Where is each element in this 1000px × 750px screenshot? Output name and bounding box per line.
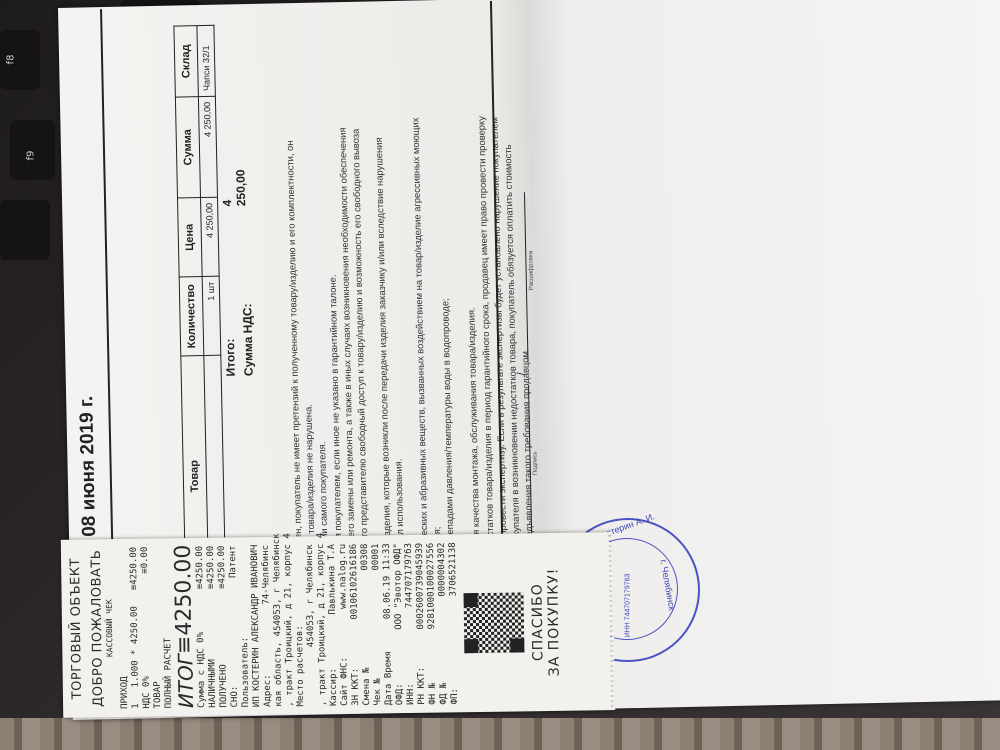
col-qty: Количество — [179, 277, 204, 356]
keyboard-key: f8 — [0, 30, 40, 90]
items-table: Товар Количество Цена Сумма Склад 1 шт 4… — [173, 25, 226, 598]
receipt-thanks-2: ЗА ПОКУПКУ! — [545, 533, 563, 711]
decoding-caption: Расшифровка — [528, 251, 535, 290]
stamp-inn: ИНН 744707179763 — [624, 574, 631, 638]
receipt-header-1: ТОРГОВЫЙ ОБЪЕКТ — [69, 540, 84, 718]
cash-receipt: ТОРГОВЫЙ ОБЪЕКТ ДОБРО ПОЖАЛОВАТЬ КАССОВЫ… — [61, 532, 611, 718]
vat-label: Сумма НДС: — [240, 303, 256, 376]
qr-code — [464, 592, 525, 653]
col-price: Цена — [178, 198, 203, 277]
desk-surface — [0, 718, 1000, 750]
totals-block: Итого: Сумма НДС: 4 250,00 — [222, 303, 260, 376]
signature-caption: Подпись — [532, 451, 538, 475]
total-label: Итого: — [222, 304, 238, 377]
cell-warehouse: Чапси 32/1 — [197, 25, 215, 96]
total-value: 4 250,00 — [219, 169, 248, 206]
separator: / — [516, 372, 528, 375]
col-sum: Сумма — [175, 97, 200, 198]
cell-sum: 4 250,00 — [198, 96, 217, 197]
receipt-header-2: ДОБРО ПОЖАЛОВАТЬ — [90, 539, 105, 717]
cell-price: 4 250,00 — [201, 197, 220, 276]
keyboard-key: f9 — [10, 120, 55, 180]
receipt-total: ИТОГ≡4250.00 — [173, 538, 197, 716]
col-warehouse: Склад — [174, 26, 198, 97]
cell-qty: 1 шт — [202, 276, 221, 355]
keyboard-key — [0, 200, 50, 260]
